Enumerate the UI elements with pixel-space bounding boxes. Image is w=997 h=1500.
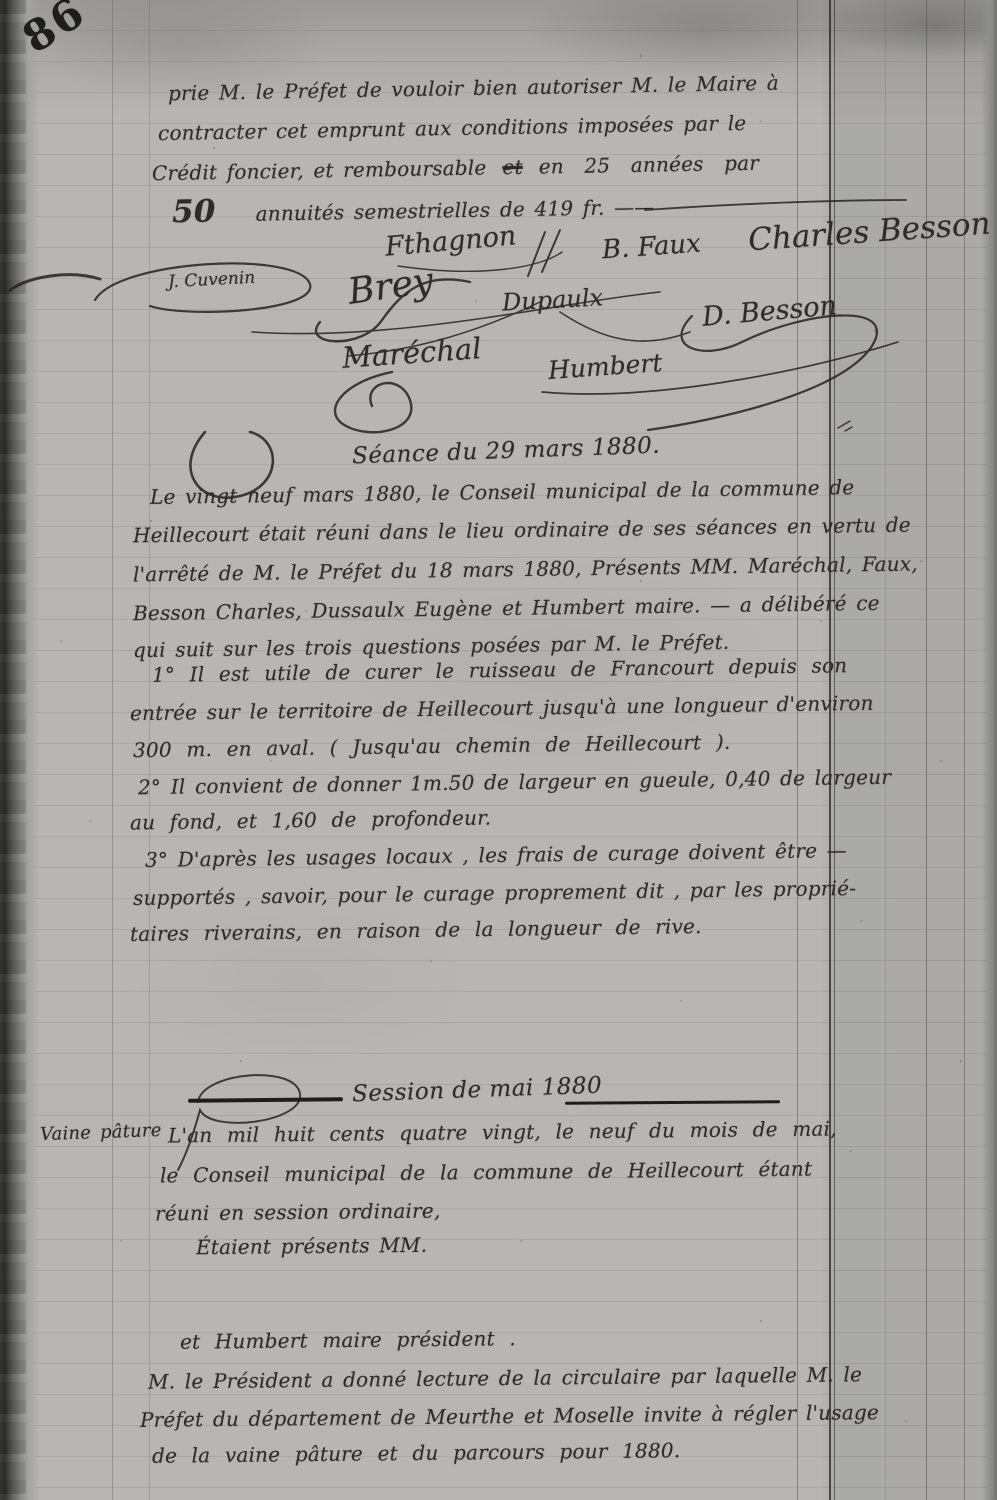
signature: Dupaulx [501, 283, 603, 316]
manuscript-line: au fond, et 1,60 de profondeur. [130, 805, 492, 834]
signature: Brey [346, 260, 436, 312]
signature: Maréchal [341, 331, 483, 375]
manuscript-line: M. le Président a donné lecture de la ci… [148, 1362, 862, 1393]
vertical-rule [112, 0, 113, 1500]
manuscript-text: annuités semestrielles de 419 fr. —— [255, 195, 654, 226]
manuscript-line: supportés , savoir, pour le curage propr… [133, 876, 856, 910]
manuscript-line: de la vaine pâture et du parcours pour 1… [152, 1438, 681, 1468]
manuscript-text: en 25 années par [538, 151, 759, 179]
signature: Fthagnon [384, 220, 518, 262]
binding-texture [0, 0, 26, 1500]
manuscript-line: l'arrêté de M. le Préfet du 18 mars 1880… [133, 552, 918, 587]
signature: Charles Besson [747, 206, 992, 259]
manuscript-line: le Conseil municipal de la commune de He… [160, 1157, 812, 1188]
manuscript-line: et Humbert maire président . [180, 1326, 516, 1354]
signature: B. Faux [601, 229, 702, 266]
manuscript-line: prie M. le Préfet de vouloir bien autori… [168, 71, 779, 106]
manuscript-line: L'an mil huit cents quatre vingt, le neu… [168, 1116, 837, 1147]
manuscript-line: Besson Charles, Dussaulx Eugène et Humbe… [133, 591, 880, 625]
manuscript-text: Crédit foncier, et remboursable [152, 155, 487, 185]
manuscript-line: Le vingt neuf mars 1880, le Conseil muni… [150, 475, 855, 509]
manuscript-line: Heillecourt était réuni dans le lieu ord… [133, 513, 911, 548]
manuscript-line: 2° Il convient de donner 1m.50 de largeu… [138, 765, 891, 800]
manuscript-line: 300 m. en aval. ( Jusqu'au chemin de Hei… [133, 730, 731, 762]
annuity-count: 50 [172, 193, 216, 230]
signature: D. Besson [701, 290, 838, 333]
manuscript-line: contracter cet emprunt aux conditions im… [158, 111, 747, 145]
manuscript-line: Préfet du département de Meurthe et Mose… [140, 1400, 879, 1432]
manuscript-line: 50annuités semestrielles de 419 fr. —— [172, 186, 655, 230]
heading-rule-left [188, 1097, 343, 1103]
strikethrough-word: et [502, 155, 523, 179]
manuscript-line: Crédit foncier, et remboursableeten 25 a… [152, 151, 759, 186]
manuscript-line: entrée sur le territoire de Heillecourt … [130, 691, 874, 725]
seance-heading: Séance du 29 mars 1880. [352, 433, 661, 470]
margin-note: Vaine pâture [40, 1120, 162, 1145]
manuscript-line: 3° D'après les usages locaux , les frais… [145, 838, 847, 872]
signature: J. Cuvenin [168, 268, 256, 293]
register-page: 86 prie M. le Préfet de vouloir bien aut… [0, 0, 997, 1500]
signature: Humbert [547, 348, 663, 385]
manuscript-line: Étaient présents MM. [196, 1233, 427, 1259]
manuscript-line: réuni en session ordinaire, [155, 1199, 441, 1226]
manuscript-line: taires riverains, en raison de la longue… [130, 914, 702, 946]
heading-rule-right [565, 1100, 780, 1105]
